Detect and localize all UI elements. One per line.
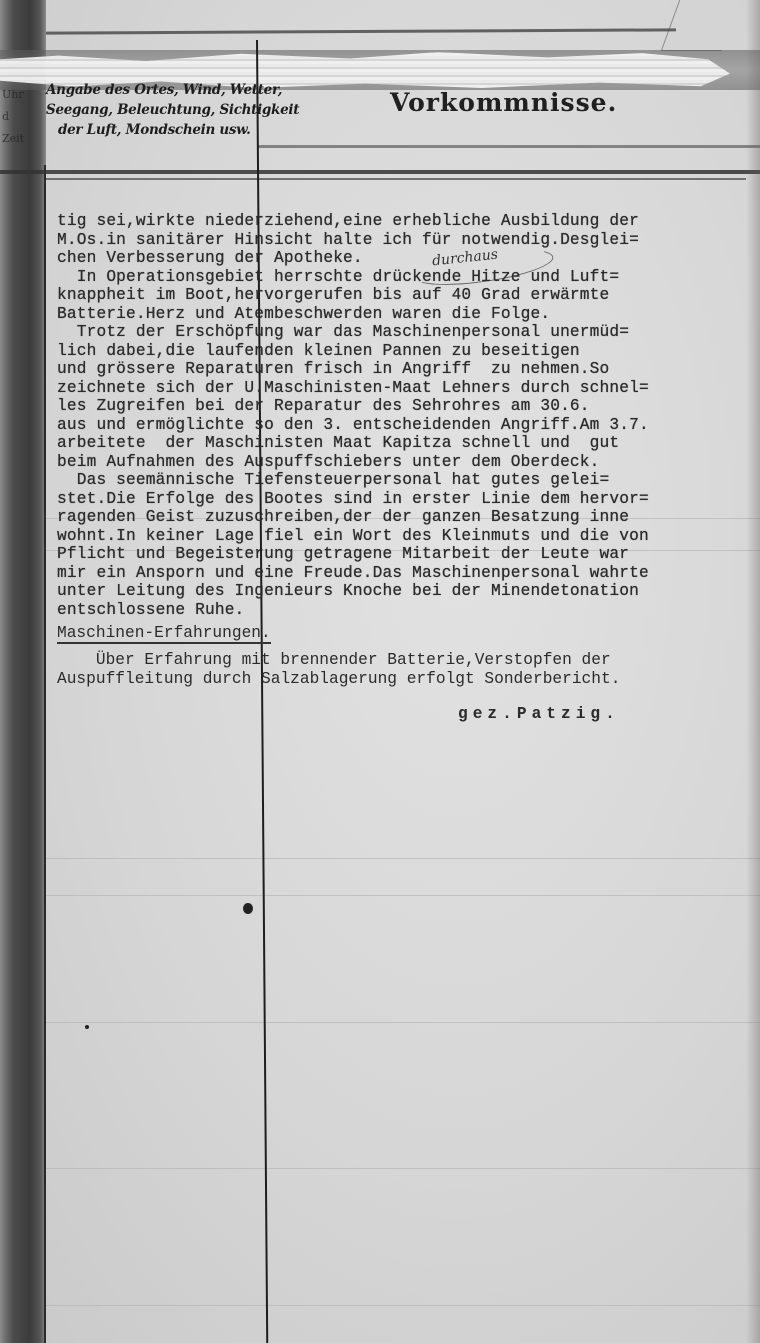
typed-line: Pflicht und Begeisterung getragene Mitar… bbox=[57, 545, 757, 564]
typed-line: M.Os.in sanitärer Hinsicht halte ich für… bbox=[57, 231, 757, 250]
typed-line: stet.Die Erfolge des Bootes sind in erst… bbox=[57, 490, 757, 509]
ledger-line bbox=[46, 1168, 760, 1169]
typed-line: Trotz der Erschöpfung war das Maschinenp… bbox=[57, 323, 757, 342]
ledger-line bbox=[46, 1022, 760, 1023]
folded-corner bbox=[661, 0, 741, 51]
typed-line: wohnt.In keiner Lage fiel ein Wort des K… bbox=[57, 527, 757, 546]
typed-report-body: tig sei,wirkte niederziehend,eine erhebl… bbox=[57, 212, 757, 619]
form-header-label-line: der Luft, Mondschein usw. bbox=[46, 120, 256, 140]
typed-line: beim Aufnahmen des Auspuffschiebers unte… bbox=[57, 453, 757, 472]
document-page: Uhr d Zeit Angabe des Ortes, Wind, Wette… bbox=[0, 0, 760, 1343]
ledger-line bbox=[46, 858, 760, 859]
header-rule bbox=[46, 178, 746, 180]
typed-line: und grössere Reparaturen frisch in Angri… bbox=[57, 360, 757, 379]
ledger-line bbox=[46, 1305, 760, 1306]
binding-edge bbox=[44, 165, 46, 1343]
form-header-left-label: Angabe des Ortes, Wind, Wetter, Seegang,… bbox=[46, 80, 256, 140]
typed-line: ragenden Geist zuzuschreiben,der der gan… bbox=[57, 508, 757, 527]
typed-line: unter Leitung des Ingenieurs Knoche bei … bbox=[57, 582, 757, 601]
form-header-title: Vorkommnisse. bbox=[390, 88, 617, 117]
form-header-label-line: Angabe des Ortes, Wind, Wetter, bbox=[46, 80, 256, 100]
typed-line: aus und ermöglichte so den 3. entscheide… bbox=[57, 416, 757, 435]
ink-blot bbox=[85, 1025, 89, 1029]
margin-fragment-line: d bbox=[2, 106, 42, 128]
section-title: Maschinen-Erfahrungen. bbox=[57, 624, 271, 644]
typed-line: arbeitete der Maschinisten Maat Kapitza … bbox=[57, 434, 757, 453]
typed-line: tig sei,wirkte niederziehend,eine erhebl… bbox=[57, 212, 757, 231]
typed-line: lich dabei,die laufenden kleinen Pannen … bbox=[57, 342, 757, 361]
typed-line: entschlossene Ruhe. bbox=[57, 601, 757, 620]
typed-line: In Operationsgebiet herrschte drückende … bbox=[57, 268, 757, 287]
binding-strip bbox=[0, 0, 46, 1343]
typed-line: mir ein Ansporn und eine Freude.Das Masc… bbox=[57, 564, 757, 583]
signature: gez.Patzig. bbox=[458, 705, 620, 723]
margin-fragment: Uhr d Zeit bbox=[2, 84, 42, 150]
margin-fragment-line: Zeit bbox=[2, 128, 42, 150]
top-rule bbox=[46, 28, 676, 34]
page-edge-shadow bbox=[746, 0, 760, 1343]
typed-line: chen Verbesserung der Apotheke. bbox=[57, 249, 757, 268]
typed-line: les Zugreifen bei der Reparatur des Sehr… bbox=[57, 397, 757, 416]
typed-line: Batterie.Herz und Atembeschwerden waren … bbox=[57, 305, 757, 324]
typed-line: knappheit im Boot,hervorgerufen bis auf … bbox=[57, 286, 757, 305]
header-rule bbox=[258, 145, 760, 148]
form-header-label-line: Seegang, Beleuchtung, Sichtigkeit bbox=[46, 100, 256, 120]
typed-line: Über Erfahrung mit brennender Batterie,V… bbox=[57, 651, 620, 670]
typed-line: Das seemännische Tiefensteuerpersonal ha… bbox=[57, 471, 757, 490]
header-rule bbox=[0, 170, 760, 174]
ledger-line bbox=[46, 895, 760, 896]
typed-line: Auspuffleitung durch Salzablagerung erfo… bbox=[57, 670, 620, 689]
ink-blot bbox=[243, 903, 253, 914]
section-body: Über Erfahrung mit brennender Batterie,V… bbox=[57, 651, 620, 688]
typed-line: zeichnete sich der U.Maschinisten-Maat L… bbox=[57, 379, 757, 398]
